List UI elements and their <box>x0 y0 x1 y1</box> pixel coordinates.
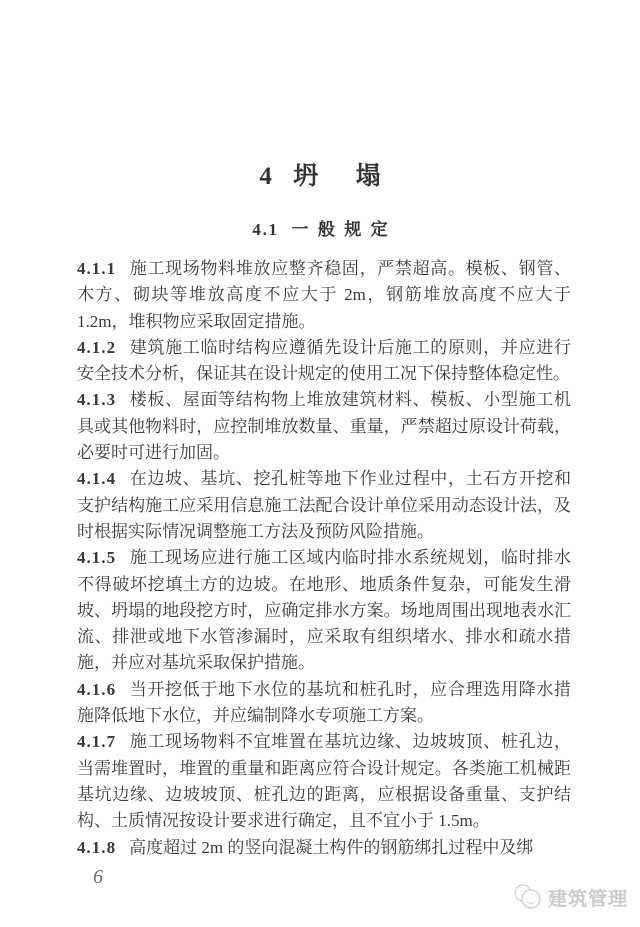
clause: 4.1.7施工现场物料不宜堆置在基坑边缘、边坡坡顶、桩孔边，当需堆置时，堆置的重… <box>77 729 571 834</box>
clause-number: 4.1.1 <box>77 259 129 278</box>
clause: 4.1.6当开挖低于地下水位的基坑和桩孔时，应合理选用降水措施降低地下水位，并应… <box>77 677 571 730</box>
chapter-number: 4 <box>259 163 272 190</box>
clause-number: 4.1.7 <box>77 732 129 751</box>
chapter-title: 4坍塌 <box>0 0 640 192</box>
clause-text: 楼板、屋面等结构物上堆放建筑材料、模板、小型施工机具或其他物料时，应控制堆放数量… <box>77 390 571 462</box>
clause-number: 4.1.3 <box>77 390 129 409</box>
watermark: 建筑管理 <box>511 882 628 912</box>
clause-number: 4.1.5 <box>77 548 129 567</box>
clause-number: 4.1.2 <box>77 338 129 357</box>
clause-number: 4.1.8 <box>77 838 129 857</box>
helmet-logo-icon <box>511 882 545 912</box>
document-page: 4坍塌 4.1一般规定 4.1.1施工现场物料堆放应整齐稳固，严禁超高。模板、钢… <box>0 0 640 927</box>
clause-text: 高度超过 2m 的竖向混凝土构件的钢筋绑扎过程中及绑 <box>129 838 533 857</box>
clause: 4.1.3楼板、屋面等结构物上堆放建筑材料、模板、小型施工机具或其他物料时，应控… <box>77 387 571 466</box>
clause: 4.1.1施工现场物料堆放应整齐稳固，严禁超高。模板、钢管、木方、砌块等堆放高度… <box>77 256 571 335</box>
clause-text: 当开挖低于地下水位的基坑和桩孔时，应合理选用降水措施降低地下水位，并应编制降水专… <box>77 680 571 725</box>
section-name: 一般规定 <box>292 220 397 239</box>
watermark-label: 建筑管理 <box>548 884 628 911</box>
clause-text: 建筑施工临时结构应遵循先设计后施工的原则，并应进行安全技术分析，保证其在设计规定… <box>77 338 571 383</box>
clause-text: 施工现场应进行施工区域内临时排水系统规划，临时排水不得破坏挖填土方的边坡。在地形… <box>77 548 571 672</box>
clause-text: 施工现场物料堆放应整齐稳固，严禁超高。模板、钢管、木方、砌块等堆放高度不应大于 … <box>77 259 571 331</box>
clause-list: 4.1.1施工现场物料堆放应整齐稳固，严禁超高。模板、钢管、木方、砌块等堆放高度… <box>77 256 571 861</box>
section-number: 4.1 <box>252 220 278 239</box>
clause: 4.1.5施工现场应进行施工区域内临时排水系统规划，临时排水不得破坏挖填土方的边… <box>77 545 571 676</box>
clause-number: 4.1.6 <box>77 680 129 699</box>
chapter-name: 坍塌 <box>293 163 418 190</box>
clause: 4.1.4在边坡、基坑、挖孔桩等地下作业过程中，土石方开挖和支护结构施工应采用信… <box>77 466 571 545</box>
section-title: 4.1一般规定 <box>0 215 640 240</box>
clause-text: 施工现场物料不宜堆置在基坑边缘、边坡坡顶、桩孔边，当需堆置时，堆置的重量和距离应… <box>77 732 571 830</box>
clause: 4.1.2建筑施工临时结构应遵循先设计后施工的原则，并应进行安全技术分析，保证其… <box>77 335 571 388</box>
clause-number: 4.1.4 <box>77 469 129 488</box>
clause: 4.1.8高度超过 2m 的竖向混凝土构件的钢筋绑扎过程中及绑 <box>77 835 571 861</box>
clause-text: 在边坡、基坑、挖孔桩等地下作业过程中，土石方开挖和支护结构施工应采用信息施工法配… <box>77 469 571 541</box>
page-number: 6 <box>93 866 103 889</box>
